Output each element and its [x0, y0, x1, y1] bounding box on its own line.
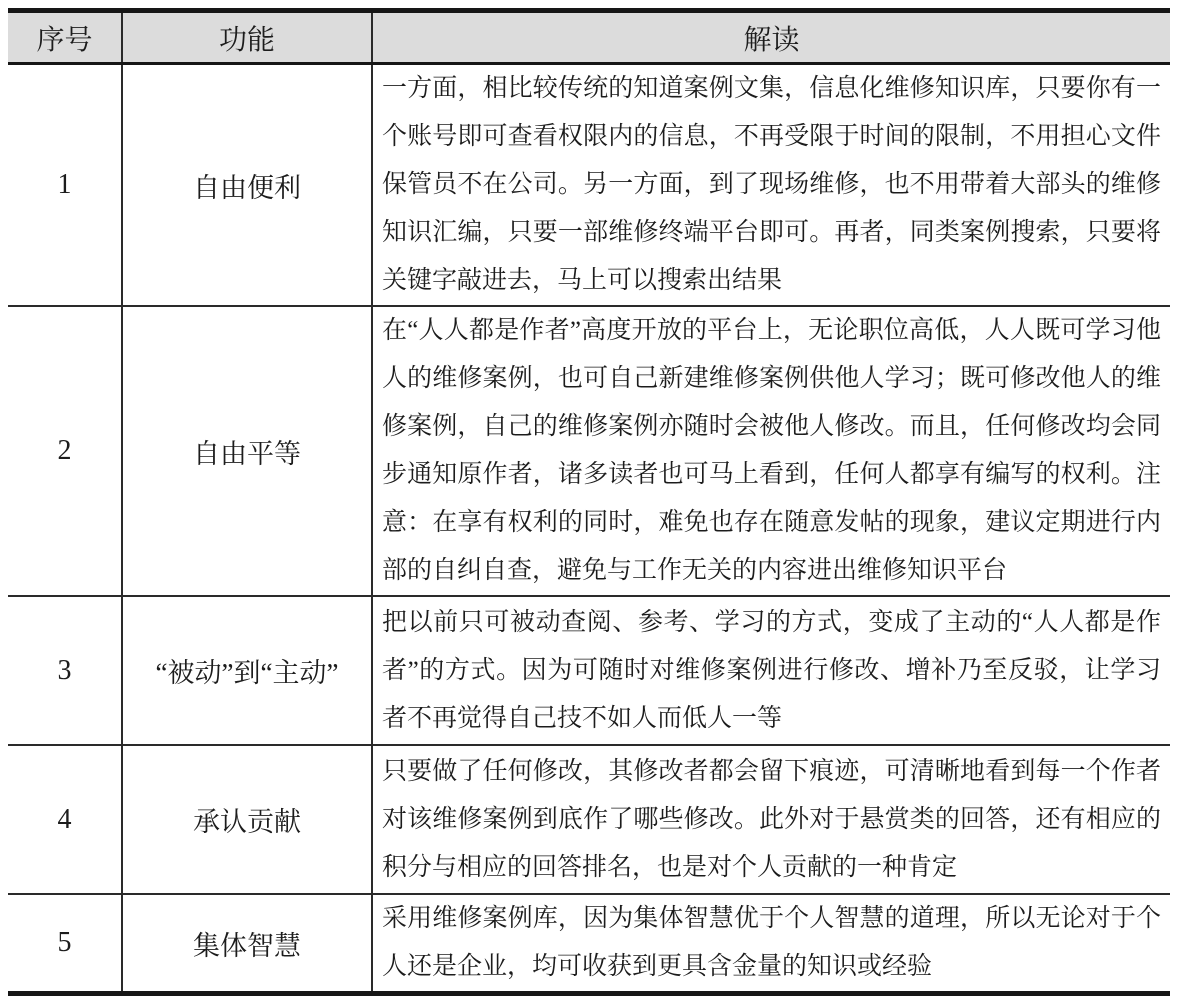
cell-function: 承认贡献: [122, 745, 372, 894]
cell-interpretation: 把以前只可被动查阅、参考、学习的方式，变成了主动的“人人都是作者”的方式。因为可…: [372, 596, 1170, 745]
cell-num: 2: [8, 306, 122, 596]
cell-function: 自由平等: [122, 306, 372, 596]
table-header: 序号 功能 解读: [8, 11, 1170, 64]
feature-table: 序号 功能 解读 1 自由便利 一方面，相比较传统的知道案例文集，信息化维修知识…: [8, 8, 1170, 996]
header-cell-interpretation: 解读: [372, 11, 1170, 64]
cell-num: 1: [8, 64, 122, 307]
cell-function: 自由便利: [122, 64, 372, 307]
cell-num: 4: [8, 745, 122, 894]
header-cell-function: 功能: [122, 11, 372, 64]
cell-num: 5: [8, 894, 122, 994]
header-cell-num: 序号: [8, 11, 122, 64]
table-row-3: 3 “被动”到“主动” 把以前只可被动查阅、参考、学习的方式，变成了主动的“人人…: [8, 596, 1170, 745]
cell-num: 3: [8, 596, 122, 745]
cell-interpretation: 采用维修案例库，因为集体智慧优于个人智慧的道理，所以无论对于个人还是企业，均可收…: [372, 894, 1170, 994]
table-row-2: 2 自由平等 在“人人都是作者”高度开放的平台上，无论职位高低，人人既可学习他人…: [8, 306, 1170, 596]
cell-interpretation: 在“人人都是作者”高度开放的平台上，无论职位高低，人人既可学习他人的维修案例，也…: [372, 306, 1170, 596]
cell-interpretation: 一方面，相比较传统的知道案例文集，信息化维修知识库，只要你有一个账号即可查看权限…: [372, 64, 1170, 307]
header-row: 序号 功能 解读: [8, 11, 1170, 64]
table-body: 1 自由便利 一方面，相比较传统的知道案例文集，信息化维修知识库，只要你有一个账…: [8, 64, 1170, 994]
cell-interpretation: 只要做了任何修改，其修改者都会留下痕迹，可清晰地看到每一个作者对该维修案例到底作…: [372, 745, 1170, 894]
table-row-4: 4 承认贡献 只要做了任何修改，其修改者都会留下痕迹，可清晰地看到每一个作者对该…: [8, 745, 1170, 894]
table-row-1: 1 自由便利 一方面，相比较传统的知道案例文集，信息化维修知识库，只要你有一个账…: [8, 64, 1170, 307]
cell-function: 集体智慧: [122, 894, 372, 994]
document-page: 序号 功能 解读 1 自由便利 一方面，相比较传统的知道案例文集，信息化维修知识…: [0, 0, 1178, 1002]
cell-function: “被动”到“主动”: [122, 596, 372, 745]
table-row-5: 5 集体智慧 采用维修案例库，因为集体智慧优于个人智慧的道理，所以无论对于个人还…: [8, 894, 1170, 994]
